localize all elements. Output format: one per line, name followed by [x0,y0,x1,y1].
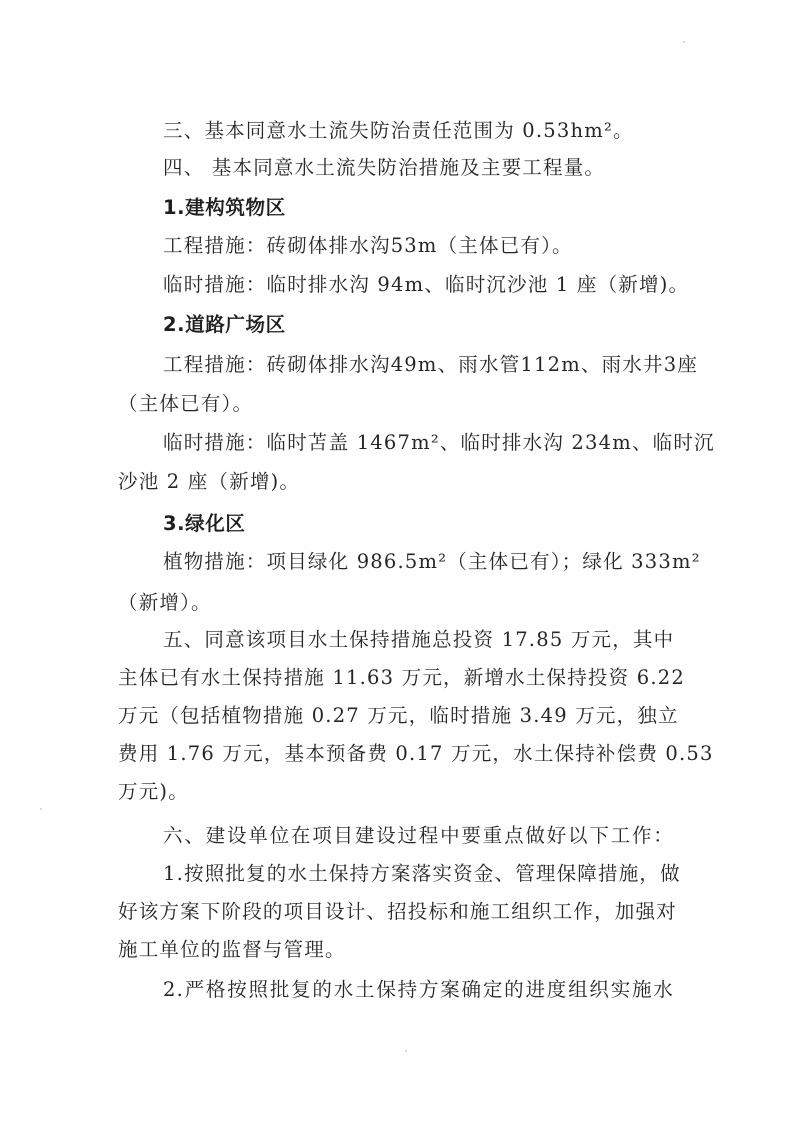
paragraph-5-investment-line-5: 万元)。 [118,779,189,805]
paragraph-5-investment-line-3: 万元（包括植物措施 0.27 万元，临时措施 3.49 万元，独立 [118,703,674,729]
greening-plant-measures: 植物措施：项目绿化 986.5m²（主体已有）；绿化 333m² [163,549,674,575]
greening-plant-measures-cont: （新增）。 [118,590,212,616]
requirement-1-line-2: 好该方案下阶段的项目设计、招投标和施工组织工作，加强对 [118,899,674,925]
paragraph-5-investment: 五、同意该项目水土保持措施总投资 17.85 万元，其中 [163,627,674,653]
scan-speck [405,1050,407,1052]
section-heading-greening: 3.绿化区 [163,511,245,537]
section-heading-roads-plaza: 2.道路广场区 [163,312,286,338]
buildings-temporary-measures: 临时措施：临时排水沟 94m、临时沉沙池 1 座（新增)。 [163,272,689,298]
roads-engineering-measures-cont: （主体已有）。 [118,391,253,417]
buildings-engineering-measures: 工程措施：砖砌体排水沟53m（主体已有）。 [163,233,573,259]
paragraph-5-investment-line-2: 主体已有水土保持措施 11.63 万元，新增水土保持投资 6.22 [118,665,674,691]
paragraph-5-investment-line-4: 费用 1.76 万元，基本预备费 0.17 万元，水土保持补偿费 0.53 [118,741,674,767]
paragraph-4-measures-intro: 四、 基本同意水土流失防治措施及主要工程量。 [163,155,605,181]
section-heading-buildings: 1.建构筑物区 [163,195,286,221]
scan-speck [40,808,42,810]
requirement-1-line-3: 施工单位的监督与管理。 [118,937,346,963]
requirement-2: 2.严格按照批复的水土保持方案确定的进度组织实施水 [163,977,674,1003]
paragraph-6-requirements-intro: 六、建设单位在项目建设过程中要重点做好以下工作： [163,823,674,849]
document-page: 三、基本同意水土流失防治责任范围为 0.53hm²。 四、 基本同意水土流失防治… [0,0,793,1122]
scan-speck [683,41,685,43]
paragraph-3-responsibility-scope: 三、基本同意水土流失防治责任范围为 0.53hm²。 [163,118,634,144]
roads-temporary-measures-cont: 沙池 2 座（新增)。 [118,469,300,495]
requirement-1: 1.按照批复的水土保持方案落实资金、管理保障措施，做 [163,861,674,887]
roads-engineering-measures: 工程措施：砖砌体排水沟49m、雨水管112m、雨水井3座 [163,352,674,378]
roads-temporary-measures: 临时措施：临时苫盖 1467m²、临时排水沟 234m、临时沉 [163,430,674,456]
